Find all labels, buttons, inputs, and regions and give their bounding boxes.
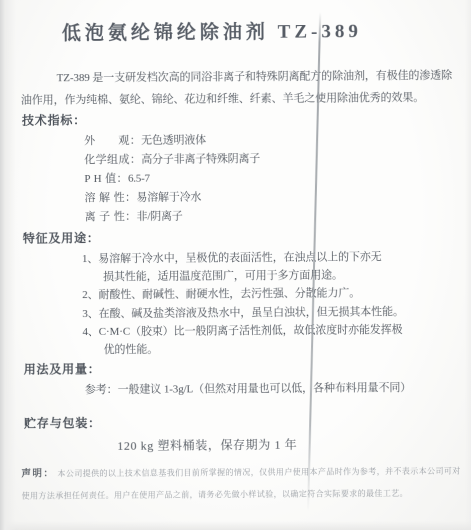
tech-value-ionicity: 非/阴离子 xyxy=(137,210,183,222)
disclaimer: 声明：本公司提供的以上技术信息基我们目前所掌握的情况，仅供用户使用本产品时作为参… xyxy=(21,461,466,508)
tech-value-ph: 6.5-7 xyxy=(128,173,150,185)
tech-specs-list: 外 观：无色透明液体 化学组成：高分子非离子特殊阴离子 P H 值：6.5-7 … xyxy=(84,129,471,227)
storage-note: 120 kg 塑料桶装，保存期为 1 年 xyxy=(117,436,471,455)
tech-row-ionicity: 离 子 性：非/阴离子 xyxy=(85,205,471,227)
tech-value-composition: 高分子非离子特殊阴离子 xyxy=(141,153,260,166)
tech-label-ph: P H 值： xyxy=(84,173,128,185)
tech-label-composition: 化学组成： xyxy=(84,154,141,166)
storage-heading: 贮存与包装： xyxy=(24,413,471,432)
tech-label-solubility: 溶 解 性： xyxy=(84,192,136,204)
features-list: 1、易溶解于冷水中，呈极优的表面活性，在浊点以上的下亦无 损其性能，适用温度范围… xyxy=(82,247,471,359)
intro-line-1: TZ-389 是一支研发档次高的同浴非离子和特殊阴离配方的除油剂，有极佳的渗透除 xyxy=(21,65,470,90)
tech-specs-heading: 技术指标： xyxy=(22,109,470,128)
tech-value-appearance: 无色透明液体 xyxy=(141,134,206,146)
document-title: 低泡氨纶锦纶除油剂 TZ-389 xyxy=(0,18,469,46)
usage-note: 参考：一般建议 1-3g/L（但然对用量也可以低，各种布料用量不同） xyxy=(85,380,471,399)
features-heading: 特征及用途： xyxy=(23,227,471,246)
disclaimer-label: 声明： xyxy=(21,469,57,479)
tech-label-ionicity: 离 子 性： xyxy=(85,211,137,223)
usage-heading: 用法及用量： xyxy=(24,359,471,378)
disclaimer-line-1: 声明：本公司提供的以上技术信息基我们目前所掌握的情况，仅供用户使用本产品时作为参… xyxy=(21,461,466,486)
disclaimer-text-1: 本公司提供的以上技术信息基我们目前所掌握的情况，仅供用户使用本产品时作为参考，并… xyxy=(57,467,460,479)
intro-line-2: 油作用，作为纯棉、氨纶、锦纶、花边和纤维、纤素、羊毛之使用除油优秀的效果。 xyxy=(21,87,470,112)
scanned-document-page: 低泡氨纶锦纶除油剂 TZ-389 TZ-389 是一支研发档次高的同浴非离子和特… xyxy=(0,0,471,530)
feature-item-4-line-2: 优的性能。 xyxy=(83,338,471,359)
disclaimer-line-2: 使用方法承担任何责任。用户在使用产品之前，请务必先做小样试验，以确定符合实际要求… xyxy=(22,483,467,508)
tech-label-appearance: 外 观： xyxy=(84,135,141,147)
tech-value-solubility: 易溶解于冷水 xyxy=(136,191,201,203)
